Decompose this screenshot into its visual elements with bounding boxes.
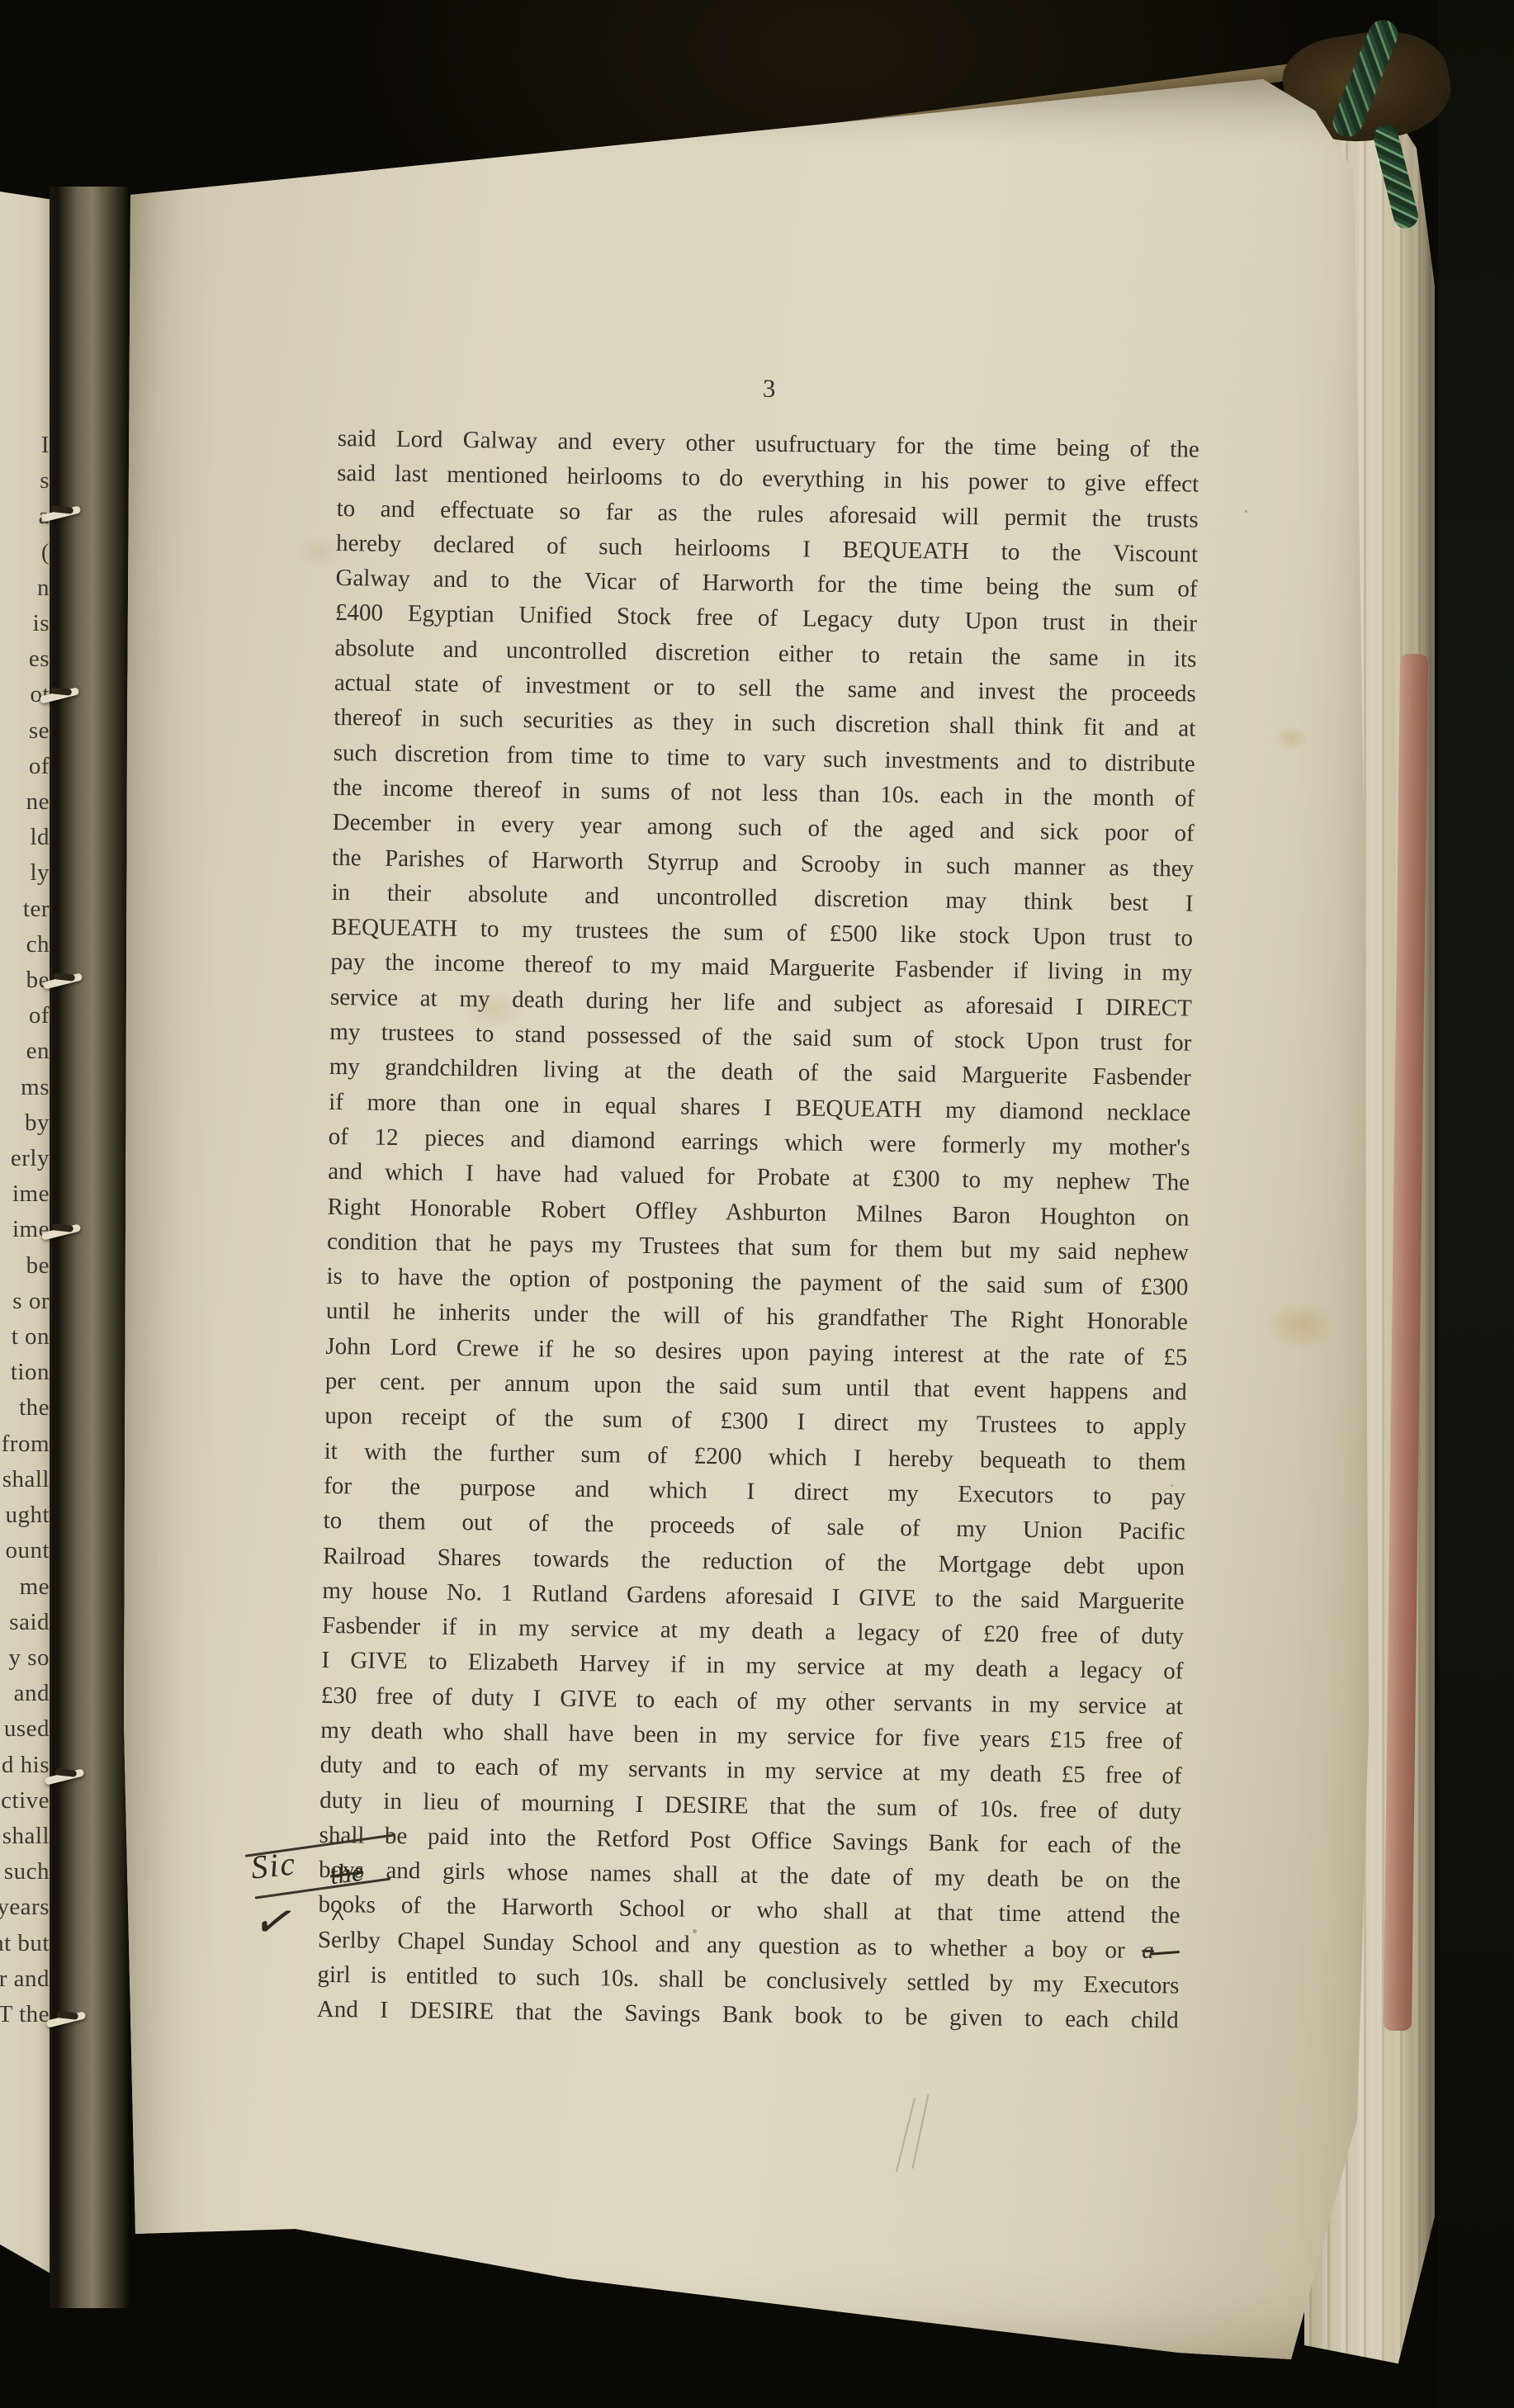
page-fragment: and [2, 1676, 50, 1711]
page-fragment: ant but [2, 1926, 50, 1961]
page-fragment: CT the [2, 1997, 50, 2032]
page-fragment: ective [2, 1783, 50, 1819]
page-fragment: ount [2, 1533, 50, 1568]
book-photo-scene: Isa)nisesotseofneldlyterchbeofenmsbyerly… [0, 0, 1514, 2408]
page-fragment: s or [2, 1284, 50, 1319]
page-fragment: ime [2, 1176, 50, 1212]
page-fragment: se [2, 713, 50, 749]
marginalia-checkmark: ✓ [248, 1893, 302, 1951]
page-fragment: such [2, 1854, 50, 1890]
page-fragment: of [2, 998, 50, 1034]
page-fragment: ms [2, 1070, 50, 1105]
page-fragment: years [2, 1890, 50, 1925]
left-page-fragments: Isa)nisesotseofneldlyterchbeofenmsbyerly… [2, 428, 50, 2032]
page-fragment: used [2, 1711, 50, 1747]
page-fragment: n [2, 570, 50, 606]
page-fragment: er and [2, 1961, 50, 1997]
marginalia-sic: Sic [249, 1843, 298, 1886]
page-fragment: ime [2, 1212, 50, 1247]
page-fragment: y so [2, 1640, 50, 1676]
page-fragment: said [2, 1605, 50, 1640]
page-fragment: es [2, 641, 50, 677]
page-fragment: the [2, 1390, 50, 1426]
page-fragment: ch [2, 927, 50, 963]
page-fragment: shall [2, 1462, 50, 1497]
page-fragment: t on [2, 1319, 50, 1355]
page-fragment: ter [2, 892, 50, 927]
main-page: 3 said Lord Galway and every other usufr… [106, 73, 1393, 2384]
page-fragment: from [2, 1426, 50, 1462]
page-fragment: be [2, 1248, 50, 1284]
page-fragment: tion [2, 1355, 50, 1390]
paper-crease [911, 2094, 929, 2169]
page-fragment: by [2, 1105, 50, 1141]
page-fragment: d his [2, 1748, 50, 1783]
book-cover-right [1438, 0, 1514, 2408]
page-fragment: be [2, 963, 50, 998]
page-fragment: erly [2, 1141, 50, 1176]
page-fragment: I [2, 428, 50, 463]
marginalia-caret: ^ [330, 1905, 346, 1930]
page-fragment: ly [2, 855, 50, 891]
page-fragment: en [2, 1034, 50, 1069]
page-fragment: s shall [2, 1819, 50, 1854]
previous-page-edge: Isa)nisesotseofneldlyterchbeofenmsbyerly… [0, 192, 54, 2295]
page-fragment: s [2, 463, 50, 499]
page-fragment: ) [2, 535, 50, 570]
page-fragment: is [2, 606, 50, 641]
struck-out-word: a [1142, 1937, 1180, 1965]
body-lines: said Lord Galway and every other usufruc… [317, 421, 1199, 2038]
marginalia-struck-the: the [329, 1857, 366, 1892]
spine-gutter [50, 187, 129, 2308]
printed-text-block: 3 said Lord Galway and every other usufr… [317, 363, 1200, 2038]
page-fragment: of [2, 749, 50, 784]
page-fragment: ne [2, 784, 50, 820]
page-fragment: ught [2, 1497, 50, 1533]
page-fragment: ld [2, 820, 50, 855]
page-fragment: me [2, 1569, 50, 1605]
